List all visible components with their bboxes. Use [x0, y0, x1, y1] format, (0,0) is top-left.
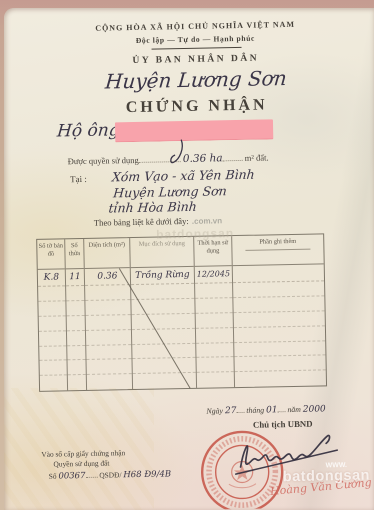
location-line1-text: Xóm Vạo - xã Yên Bình: [111, 167, 255, 185]
table-cell-plot-no: 11: [66, 269, 84, 287]
watermark-domain: .com.vn: [192, 216, 222, 226]
location-line2: Huyện Lương Sơn: [113, 183, 227, 200]
table-column-purpose: Mục đích sử dụng Trồng Rừng: [130, 237, 197, 389]
redaction-box: [115, 119, 273, 142]
parcel-table: Số tờ bản đồ K.8 Số thửa 11 Diện tích (m…: [36, 233, 327, 392]
dotted-leader: [85, 468, 97, 478]
location-label: Tại :: [70, 174, 87, 184]
empty-row: [196, 358, 233, 374]
table-intro: Theo bảng liệt kê dưới đây:: [94, 216, 189, 228]
usage-prefix: Được quyền sử dụng: [68, 155, 139, 166]
motto-underline: [152, 47, 242, 50]
dotted-leader: [277, 402, 285, 412]
column-header: Phần ghi thêm: [232, 234, 324, 265]
certificate-title: CHỨNG NHẬN: [27, 95, 367, 120]
usage-area-handwritten: 0.36 ha: [183, 152, 223, 165]
empty-row: [196, 313, 233, 329]
empty-row: [196, 343, 233, 359]
empty-row: [85, 300, 130, 316]
empty-row: [195, 298, 232, 314]
empty-row: [40, 361, 67, 376]
column-header: Mục đích sử dụng: [130, 237, 194, 268]
column-header: Số tờ bản đồ: [37, 239, 65, 269]
empty-row: [68, 375, 86, 390]
registry-no-label: Số: [49, 472, 57, 481]
dotted-leader: [222, 151, 242, 161]
empty-row: [197, 372, 234, 387]
empty-row: [86, 315, 131, 331]
dotted-leader: [236, 403, 244, 413]
empty-row: [66, 286, 84, 301]
table-cell-map-sheet: K.8: [38, 269, 65, 287]
empty-row: [38, 302, 65, 317]
date-day-handwritten: 27: [225, 406, 237, 416]
empty-row: [39, 346, 66, 361]
dotted-leader: [139, 152, 181, 163]
empty-row: [67, 331, 85, 346]
issuer-name-handwritten: Huyện Lương Sơn: [26, 65, 366, 96]
empty-row: [67, 316, 85, 331]
date-line: Ngày 27 tháng 01 năm 2000: [206, 401, 325, 416]
empty-row: [195, 284, 232, 300]
empty-row: [39, 331, 66, 346]
empty-row: [39, 316, 66, 331]
date-prefix: Ngày: [206, 406, 223, 415]
usage-suffix: m² đất.: [245, 152, 269, 162]
date-mid1: tháng: [246, 406, 264, 415]
empty-row: [87, 374, 132, 390]
location-line2-text: Huyện Lương Sơn: [113, 183, 228, 200]
empty-row: [38, 287, 65, 302]
registry-code-handwritten: H68 Đ9/4B: [123, 470, 171, 481]
empty-row: [235, 371, 326, 388]
table-column-map-sheet: Số tờ bản đồ K.8: [37, 239, 68, 391]
table-cell-duration: 12/2045: [195, 266, 232, 285]
date-mid2: năm: [287, 405, 301, 414]
table-column-duration: Thời hạn sử dụng 12/2045: [194, 236, 235, 388]
empty-row: [196, 328, 233, 344]
empty-row: [67, 346, 85, 361]
document-photo: CỘNG HÒA XÃ HỘI CHỦ NGHĨA VIỆT NAM Độc l…: [0, 0, 374, 510]
column-header: Số thửa: [65, 239, 84, 269]
location-line1: Xóm Vạo - xã Yên Bình: [112, 167, 255, 185]
document-content: CỘNG HÒA XÃ HỘI CHỦ NGHĨA VIỆT NAM Độc l…: [0, 0, 374, 510]
date-year-handwritten: 2000: [303, 404, 326, 414]
column-header: Diện tích (m²): [84, 238, 130, 268]
empty-row: [132, 314, 195, 330]
empty-row: [86, 345, 131, 361]
watermark-site-ghost: batdongsan: [156, 226, 234, 241]
registry-line3: Số 00367 QSDĐ/ H68 Đ9/4B: [42, 467, 172, 484]
registry-number-handwritten: 00367: [58, 471, 85, 482]
empty-row: [131, 284, 194, 300]
empty-row: [68, 360, 86, 375]
usage-line: Được quyền sử dụng 0.36 ha m² đất.: [68, 150, 269, 167]
empty-row: [85, 286, 130, 302]
date-month-handwritten: 01: [266, 405, 278, 415]
empty-row: [40, 376, 67, 391]
location-line3-text: tỉnh Hòa Bình: [108, 199, 198, 216]
empty-row: [86, 330, 131, 346]
registry-block: Vào sổ cấp giấy chứng nhận Quyền sử dụng…: [41, 447, 171, 483]
table-column-area: Diện tích (m²) 0.36: [84, 238, 133, 390]
table-cell-purpose: Trồng Rừng: [131, 266, 194, 285]
national-motto-line2: Độc lập — Tự do — Hạnh phúc: [25, 32, 365, 48]
empty-row: [87, 359, 132, 375]
table-cell-notes: [233, 264, 324, 284]
watermark-site: batdongsan: [283, 468, 370, 486]
table-column-notes: Phần ghi thêm: [232, 234, 326, 387]
registry-mid: QSDĐ/: [99, 471, 121, 480]
empty-row: [66, 301, 84, 316]
location-line3: tỉnh Hòa Bình: [108, 199, 197, 216]
issuer-name-text: Huyện Lương Sơn: [104, 66, 288, 94]
empty-row: [133, 358, 196, 374]
